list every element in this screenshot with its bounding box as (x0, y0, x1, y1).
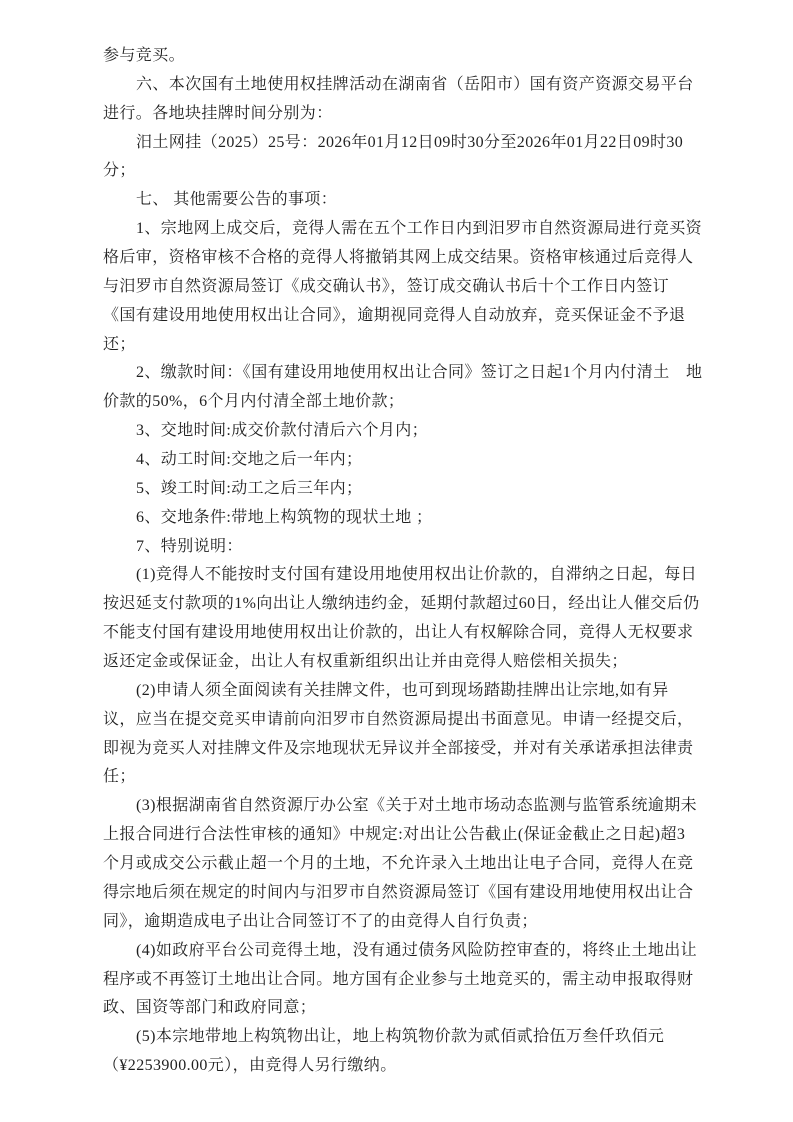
text-line: 4、动工时间:交地之后一年内； (103, 446, 723, 475)
text-line: 六、本次国有土地使用权挂牌活动在湖南省（岳阳市）国有资产资源交易平台 (103, 71, 723, 100)
text-line: （¥2253900.00元），由竞得人另行缴纳。 (103, 1052, 723, 1081)
text-line: (2)申请人须全面阅读有关挂牌文件，也可到现场踏勘挂牌出让宗地,如有异 (103, 677, 723, 706)
text-line: 《国有建设用地使用权出让合同》，逾期视同竞得人自动放弃，竞买保证金不予退 (103, 302, 723, 331)
text-line: 政、国资等部门和政府同意； (103, 994, 723, 1023)
text-line: 同》，逾期造成电子出让合同签订不了的由竞得人自行负责； (103, 908, 723, 937)
text-line: 3、交地时间:成交价款付清后六个月内； (103, 417, 723, 446)
text-line: 格后审，资格审核不合格的竞得人将撤销其网上成交结果。资格审核通过后竞得人 (103, 244, 723, 273)
document-body: 参与竞买。六、本次国有土地使用权挂牌活动在湖南省（岳阳市）国有资产资源交易平台进… (103, 42, 723, 1081)
text-line: 2、缴款时间：《国有建设用地使用权出让合同》签订之日起1个月内付清土 地 (103, 359, 723, 388)
text-line: 6、交地条件:带地上构筑物的现状土地 ； (103, 504, 723, 533)
text-line: 汨土网挂（2025）25号：2026年01月12日09时30分至2026年01月… (103, 129, 723, 158)
text-line: 返还定金或保证金，出让人有权重新组织出让并由竞得人赔偿相关损失； (103, 648, 723, 677)
text-line: 参与竞买。 (103, 42, 723, 71)
text-line: 还； (103, 331, 723, 360)
text-line: 议，应当在提交竞买申请前向汨罗市自然资源局提出书面意见。申请一经提交后， (103, 706, 723, 735)
text-line: 与汨罗市自然资源局签订《成交确认书》，签订成交确认书后十个工作日内签订 (103, 273, 723, 302)
text-line: 进行。各地块挂牌时间分别为： (103, 100, 723, 129)
text-line: 5、竣工时间:动工之后三年内； (103, 475, 723, 504)
text-line: 七、 其他需要公告的事项： (103, 186, 723, 215)
text-line: 按迟延支付款项的1%向出让人缴纳违约金，延期付款超过60日，经出让人催交后仍 (103, 590, 723, 619)
text-line: 程序或不再签订土地出让合同。地方国有企业参与土地竞买的，需主动申报取得财 (103, 966, 723, 995)
text-line: (1)竞得人不能按时支付国有建设用地使用权出让价款的，自滞纳之日起，每日 (103, 561, 723, 590)
text-line: (3)根据湖南省自然资源厅办公室《关于对土地市场动态监测与监管系统逾期未 (103, 792, 723, 821)
text-line: 不能支付国有建设用地使用权出让价款的，出让人有权解除合同，竞得人无权要求 (103, 619, 723, 648)
text-line: 个月或成交公示截止超一个月的土地，不允许录入土地出让电子合同，竞得人在竞 (103, 850, 723, 879)
text-line: (4)如政府平台公司竞得土地，没有通过债务风险防控审查的，将终止土地出让 (103, 937, 723, 966)
text-line: 即视为竞买人对挂牌文件及宗地现状无异议并全部接受，并对有关承诺承担法律责 (103, 735, 723, 764)
text-line: 1、宗地网上成交后，竞得人需在五个工作日内到汨罗市自然资源局进行竞买资 (103, 215, 723, 244)
text-line: 分； (103, 157, 723, 186)
text-line: 得宗地后须在规定的时间内与汨罗市自然资源局签订《国有建设用地使用权出让合 (103, 879, 723, 908)
text-line: 任； (103, 763, 723, 792)
text-line: 上报合同进行合法性审核的通知》中规定:对出让公告截止(保证金截止之日起)超3 (103, 821, 723, 850)
text-line: (5)本宗地带地上构筑物出让，地上构筑物价款为贰佰贰拾伍万叁仟玖佰元 (103, 1023, 723, 1052)
text-line: 价款的50%，6个月内付清全部土地价款； (103, 388, 723, 417)
text-line: 7、特别说明： (103, 533, 723, 562)
document-page: 参与竞买。六、本次国有土地使用权挂牌活动在湖南省（岳阳市）国有资产资源交易平台进… (0, 0, 793, 1122)
